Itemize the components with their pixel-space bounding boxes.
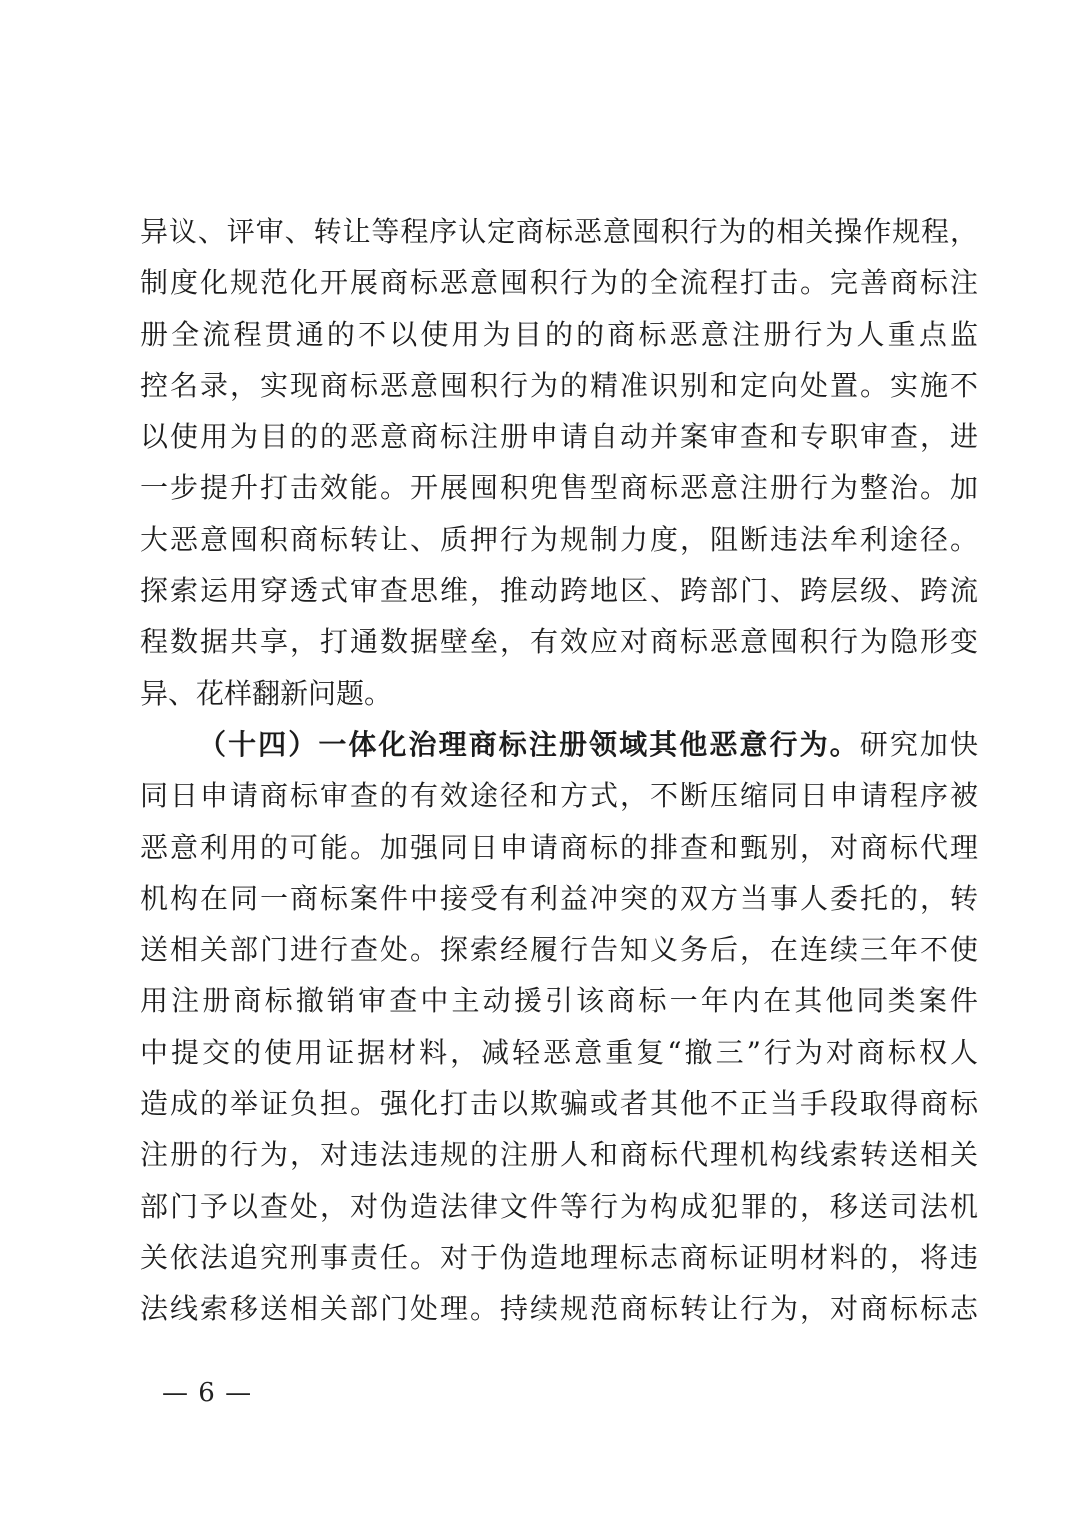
text-segment: 册全流程贯通的不以使用为目的的商标恶意注册行为人重点监 [140,318,978,351]
text-line: 关依法追究刑事责任。对于伪造地理标志商标证明材料的，将违 [140,1232,978,1283]
text-segment: 异、花样翻新问题。 [140,677,392,710]
text-line: 恶意利用的可能。加强同日申请商标的排查和甄别，对商标代理 [140,822,978,873]
text-segment: 中提交的使用证据材料，减轻恶意重复“撤三”行为对商标权人 [140,1036,978,1069]
text-line: 一步提升打击效能。开展囤积兜售型商标恶意注册行为整治。加 [140,462,978,513]
text-line: 注册的行为，对违法违规的注册人和商标代理机构线索转送相关 [140,1129,978,1180]
text-segment: 异议、评审、转让等程序认定商标恶意囤积行为的相关操作规程， [140,215,978,248]
document-page: 异议、评审、转让等程序认定商标恶意囤积行为的相关操作规程，制度化规范化开展商标恶… [0,0,1080,1527]
text-segment: 以使用为目的的恶意商标注册申请自动并案审查和专职审查，进 [140,420,978,453]
text-line: 法线索移送相关部门处理。持续规范商标转让行为，对商标标志 [140,1283,978,1334]
text-segment: 程数据共享，打通数据壁垒，有效应对商标恶意囤积行为隐形变 [140,625,978,658]
text-line: 异、花样翻新问题。 [140,668,978,719]
text-segment: 部门予以查处，对伪造法律文件等行为构成犯罪的，移送司法机 [140,1190,978,1223]
text-line: 大恶意囤积商标转让、质押行为规制力度，阻断违法牟利途径。 [140,514,978,565]
document-body: 异议、评审、转让等程序认定商标恶意囤积行为的相关操作规程，制度化规范化开展商标恶… [140,206,978,1335]
text-line: 部门予以查处，对伪造法律文件等行为构成犯罪的，移送司法机 [140,1181,978,1232]
text-segment: 注册的行为，对违法违规的注册人和商标代理机构线索转送相关 [140,1138,978,1171]
text-segment: 用注册商标撤销审查中主动援引该商标一年内在其他同类案件 [140,984,978,1017]
text-line: 制度化规范化开展商标恶意囤积行为的全流程打击。完善商标注 [140,257,978,308]
text-line: 同日申请商标审查的有效途径和方式，不断压缩同日申请程序被 [140,770,978,821]
text-segment: 送相关部门进行查处。探索经履行告知义务后，在连续三年不使 [140,933,978,966]
text-segment: 关依法追究刑事责任。对于伪造地理标志商标证明材料的，将违 [140,1241,978,1274]
text-line: （十四）一体化治理商标注册领域其他恶意行为。研究加快 [140,719,978,770]
text-segment: 恶意利用的可能。加强同日申请商标的排查和甄别，对商标代理 [140,831,978,864]
text-line: 中提交的使用证据材料，减轻恶意重复“撤三”行为对商标权人 [140,1027,978,1078]
text-line: 送相关部门进行查处。探索经履行告知义务后，在连续三年不使 [140,924,978,975]
text-segment: 探索运用穿透式审查思维，推动跨地区、跨部门、跨层级、跨流 [140,574,978,607]
text-segment: 同日申请商标审查的有效途径和方式，不断压缩同日申请程序被 [140,779,978,812]
text-line: 控名录，实现商标恶意囤积行为的精准识别和定向处置。实施不 [140,360,978,411]
text-line: 机构在同一商标案件中接受有利益冲突的双方当事人委托的，转 [140,873,978,924]
text-segment: 机构在同一商标案件中接受有利益冲突的双方当事人委托的，转 [140,882,978,915]
text-segment: 造成的举证负担。强化打击以欺骗或者其他不正当手段取得商标 [140,1087,978,1120]
text-line: 探索运用穿透式审查思维，推动跨地区、跨部门、跨层级、跨流 [140,565,978,616]
text-segment: 研究加快 [860,728,978,761]
text-segment: 控名录，实现商标恶意囤积行为的精准识别和定向处置。实施不 [140,369,978,402]
text-line: 异议、评审、转让等程序认定商标恶意囤积行为的相关操作规程， [140,206,978,257]
text-line: 造成的举证负担。强化打击以欺骗或者其他不正当手段取得商标 [140,1078,978,1129]
text-line: 用注册商标撤销审查中主动援引该商标一年内在其他同类案件 [140,975,978,1026]
page-number: — 6 — [162,1376,252,1410]
bold-text-segment: （十四）一体化治理商标注册领域其他恶意行为。 [198,728,860,761]
text-segment: 法线索移送相关部门处理。持续规范商标转让行为，对商标标志 [140,1292,978,1325]
text-segment: 制度化规范化开展商标恶意囤积行为的全流程打击。完善商标注 [140,266,978,299]
text-line: 程数据共享，打通数据壁垒，有效应对商标恶意囤积行为隐形变 [140,616,978,667]
text-segment: 大恶意囤积商标转让、质押行为规制力度，阻断违法牟利途径。 [140,523,978,556]
text-line: 以使用为目的的恶意商标注册申请自动并案审查和专职审查，进 [140,411,978,462]
text-segment: 一步提升打击效能。开展囤积兜售型商标恶意注册行为整治。加 [140,471,978,504]
text-line: 册全流程贯通的不以使用为目的的商标恶意注册行为人重点监 [140,309,978,360]
